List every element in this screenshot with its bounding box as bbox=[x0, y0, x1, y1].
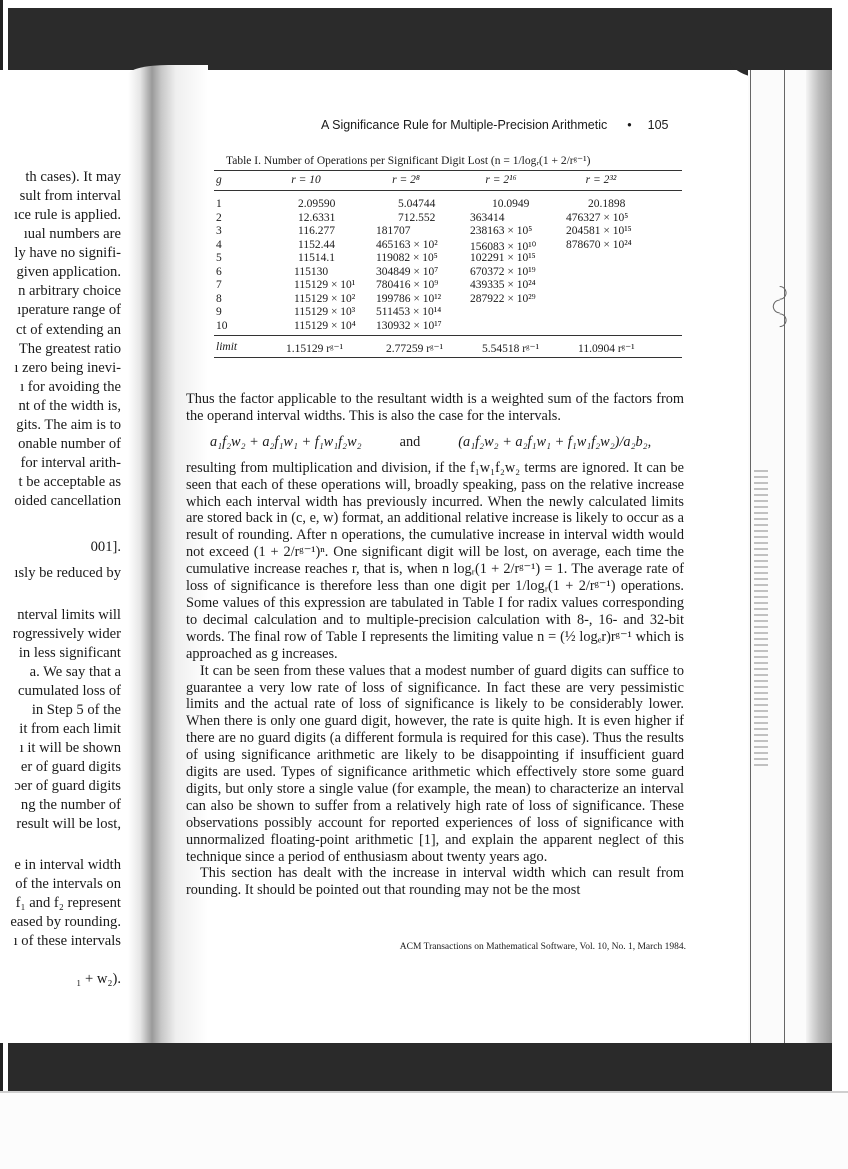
table-limit-rule bbox=[214, 335, 682, 336]
table-cell: 238163 × 10⁵ bbox=[470, 225, 570, 237]
table-cell: 199786 × 10¹² bbox=[376, 293, 476, 305]
left-page-line: rogressively wider bbox=[13, 625, 121, 644]
left-page-line: eased by rounding. bbox=[10, 913, 121, 932]
left-page-line: nt of the width is, bbox=[18, 397, 121, 416]
left-page-line: 001]. bbox=[91, 538, 121, 557]
left-page-line: sult from interval bbox=[20, 187, 121, 206]
table-header-cell: r = 2³² bbox=[566, 174, 636, 186]
limit-cell: 2.77259 rᵍ⁻¹ bbox=[386, 341, 486, 355]
table-cell: 181707 bbox=[376, 225, 476, 237]
table-cell: 119082 × 10⁵ bbox=[376, 252, 476, 264]
left-page-line: oided cancellation bbox=[14, 492, 121, 511]
table-cell: 204581 × 10¹⁵ bbox=[566, 225, 666, 237]
page-edge-line bbox=[750, 70, 751, 1045]
equation: a₁f₂w₂ + a₂f₁w₁ + f₁w₁f₂w₂ and (a₁f₂w₂ +… bbox=[210, 434, 684, 451]
left-page-line: ng the number of bbox=[21, 796, 121, 815]
table-cell: 363414 bbox=[470, 212, 570, 224]
table-cell: 878670 × 10²⁴ bbox=[566, 239, 666, 251]
table-cell: 670372 × 10¹⁹ bbox=[470, 266, 570, 278]
left-page-line: of the intervals on bbox=[15, 875, 121, 894]
left-page-line: cumulated loss of bbox=[18, 682, 121, 701]
table-cell: 2.09590 bbox=[298, 198, 398, 210]
left-page-line: f₁ and f₂ represent bbox=[16, 894, 121, 913]
left-page-line: ı for avoiding the bbox=[20, 378, 121, 397]
left-page-line: er of guard digits bbox=[21, 758, 121, 777]
equation-left: a₁f₂w₂ + a₂f₁w₁ + f₁w₁f₂w₂ bbox=[210, 434, 362, 451]
facing-left-page: th cases). It maysult from intervalıce r… bbox=[0, 70, 135, 1043]
table-cell: 10.0949 bbox=[492, 198, 592, 210]
table-cell: 156083 × 10¹⁰ bbox=[470, 239, 570, 253]
left-page-line: ct of extending an bbox=[16, 321, 121, 340]
equation-conjunction: and bbox=[400, 434, 421, 451]
left-page-line: e in interval width bbox=[14, 856, 121, 875]
left-page-line: in less significant bbox=[19, 644, 121, 663]
table-cell: 287922 × 10²⁹ bbox=[470, 293, 570, 305]
table-bottom-rule bbox=[214, 357, 682, 358]
main-page: A Significance Rule for Multiple-Precisi… bbox=[186, 70, 706, 1045]
running-head-separator: • bbox=[627, 118, 631, 132]
equation-right: (a₁f₂w₂ + a₂f₁w₁ + f₁w₁f₂w₂)/a₂b₂, bbox=[458, 434, 651, 451]
body-text: Thus the factor applicable to the result… bbox=[186, 391, 684, 899]
table-cell: 476327 × 10⁵ bbox=[566, 212, 666, 224]
table-cell: 780416 × 10⁹ bbox=[376, 279, 476, 291]
left-page-line: it from each limit bbox=[19, 720, 121, 739]
left-page-line: for interval arith- bbox=[21, 454, 122, 473]
table-cell: 304849 × 10⁷ bbox=[376, 266, 476, 278]
left-page-line: given application. bbox=[16, 263, 121, 282]
table-cell: 465163 × 10² bbox=[376, 239, 476, 251]
running-head: A Significance Rule for Multiple-Precisi… bbox=[321, 118, 668, 132]
table-header-cell: r = 2¹⁶ bbox=[466, 174, 536, 186]
page-stack-shadow bbox=[806, 70, 832, 1045]
paragraph: Thus the factor applicable to the result… bbox=[186, 391, 684, 425]
left-page-line: ₁ + w₂). bbox=[76, 970, 121, 989]
left-page-line: ı zero being inevi- bbox=[14, 359, 121, 378]
table-cell: 439335 × 10²⁴ bbox=[470, 279, 570, 291]
left-page-line: ıce rule is applied. bbox=[14, 206, 121, 225]
bleed-through-marks: ◠◡◠ bbox=[770, 285, 791, 326]
left-page-line: result will be lost, bbox=[16, 815, 121, 834]
page-number: 105 bbox=[648, 118, 669, 132]
left-page-line: ı it will be shown bbox=[20, 739, 121, 758]
table-header-rule bbox=[214, 190, 682, 191]
left-page-line: ıual numbers are bbox=[24, 225, 121, 244]
journal-footer: ACM Transactions on Mathematical Softwar… bbox=[400, 942, 686, 952]
left-page-line: ɔer of guard digits bbox=[14, 777, 121, 796]
limit-cell: 5.54518 rᵍ⁻¹ bbox=[482, 341, 582, 355]
table-header-cell: r = 2⁸ bbox=[371, 174, 441, 186]
left-page-line: ısly be reduced by bbox=[14, 564, 121, 583]
left-page-line: ly have no signifi- bbox=[14, 244, 121, 263]
left-page-line: gits. The aim is to bbox=[16, 416, 121, 435]
left-page-line: ı of these intervals bbox=[14, 932, 121, 951]
left-page-line: in Step 5 of the bbox=[32, 701, 121, 720]
table-header-cell: r = 10 bbox=[271, 174, 341, 186]
left-page-line: nterval limits will bbox=[17, 606, 121, 625]
running-head-title: A Significance Rule for Multiple-Precisi… bbox=[321, 118, 607, 132]
table-cell: 130932 × 10¹⁷ bbox=[376, 320, 476, 332]
limit-cell: 11.0904 rᵍ⁻¹ bbox=[578, 341, 678, 355]
scan-background-top bbox=[8, 8, 832, 70]
table-top-rule bbox=[214, 170, 682, 171]
table-cell: 102291 × 10¹⁵ bbox=[470, 252, 570, 264]
table-cell: 12.6331 bbox=[298, 212, 398, 224]
scan-background-bottom bbox=[8, 1043, 832, 1091]
left-page-line: a. We say that a bbox=[30, 663, 121, 682]
left-page-line: th cases). It may bbox=[25, 168, 121, 187]
left-page-line: The greatest ratio bbox=[19, 340, 121, 359]
table-cell: 20.1898 bbox=[588, 198, 688, 210]
limit-cell: 1.15129 rᵍ⁻¹ bbox=[286, 341, 386, 355]
table-cell: 5.04744 bbox=[398, 198, 498, 210]
table-header-cell: g bbox=[216, 174, 236, 186]
left-page-line: n arbitrary choice bbox=[18, 282, 121, 301]
left-page-line: t be acceptable as bbox=[19, 473, 122, 492]
left-page-line: onable number of bbox=[18, 435, 121, 454]
scan-bottom-margin bbox=[0, 1091, 848, 1169]
paragraph: This section has dealt with the increase… bbox=[186, 865, 684, 899]
table-cell: 511453 × 10¹⁴ bbox=[376, 306, 476, 318]
paragraph: It can be seen from these values that a … bbox=[186, 663, 684, 866]
left-page-line: ıperature range of bbox=[17, 301, 121, 320]
page-edge-line bbox=[784, 70, 785, 1045]
bleed-through-text bbox=[754, 470, 768, 770]
paragraph: resulting from multiplication and divisi… bbox=[186, 460, 684, 663]
table-caption: Table I. Number of Operations per Signif… bbox=[226, 153, 590, 167]
